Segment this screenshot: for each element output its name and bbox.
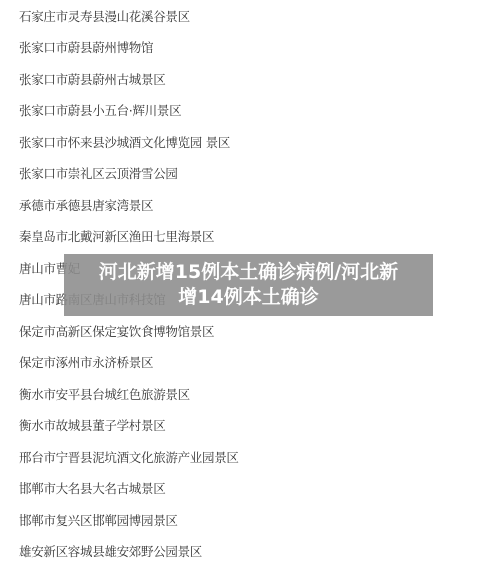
list-item: 衡水市安平县台城红色旅游景区 (19, 386, 190, 404)
list-item: 邢台市宁晋县泥坑酒文化旅游产业园景区 (19, 449, 239, 467)
list-item: 张家口市蔚县蔚州博物馆 (19, 39, 153, 57)
list-item: 张家口市蔚县小五台·辉川景区 (19, 102, 181, 120)
list-item: 承德市承德县唐家湾景区 (19, 197, 153, 215)
list-item: 衡水市故城县董子学村景区 (19, 417, 165, 435)
list-item: 保定市高新区保定宴饮食博物馆景区 (19, 323, 214, 341)
list-item: 张家口市怀来县沙城酒文化博览园 景区 (19, 134, 230, 152)
headline-line-1: 河北新增15例本土确诊病例/河北新 (99, 260, 398, 285)
list-item: 保定市涿州市永济桥景区 (19, 354, 153, 372)
list-item: 石家庄市灵寿县漫山花溪谷景区 (19, 8, 190, 26)
list-item: 张家口市蔚县蔚州古城景区 (19, 71, 165, 89)
headline-overlay-banner: 河北新增15例本土确诊病例/河北新 增14例本土确诊 (64, 254, 433, 316)
headline-line-2: 增14例本土确诊 (178, 285, 318, 310)
list-item: 张家口市崇礼区云顶滑雪公园 (19, 165, 178, 183)
list-item: 邯郸市复兴区邯郸园博园景区 (19, 512, 178, 530)
list-item: 秦皇岛市北戴河新区渔田七里海景区 (19, 228, 214, 246)
list-item: 雄安新区容城县雄安郊野公园景区 (19, 543, 202, 561)
list-item: 邯郸市大名县大名古城景区 (19, 480, 165, 498)
